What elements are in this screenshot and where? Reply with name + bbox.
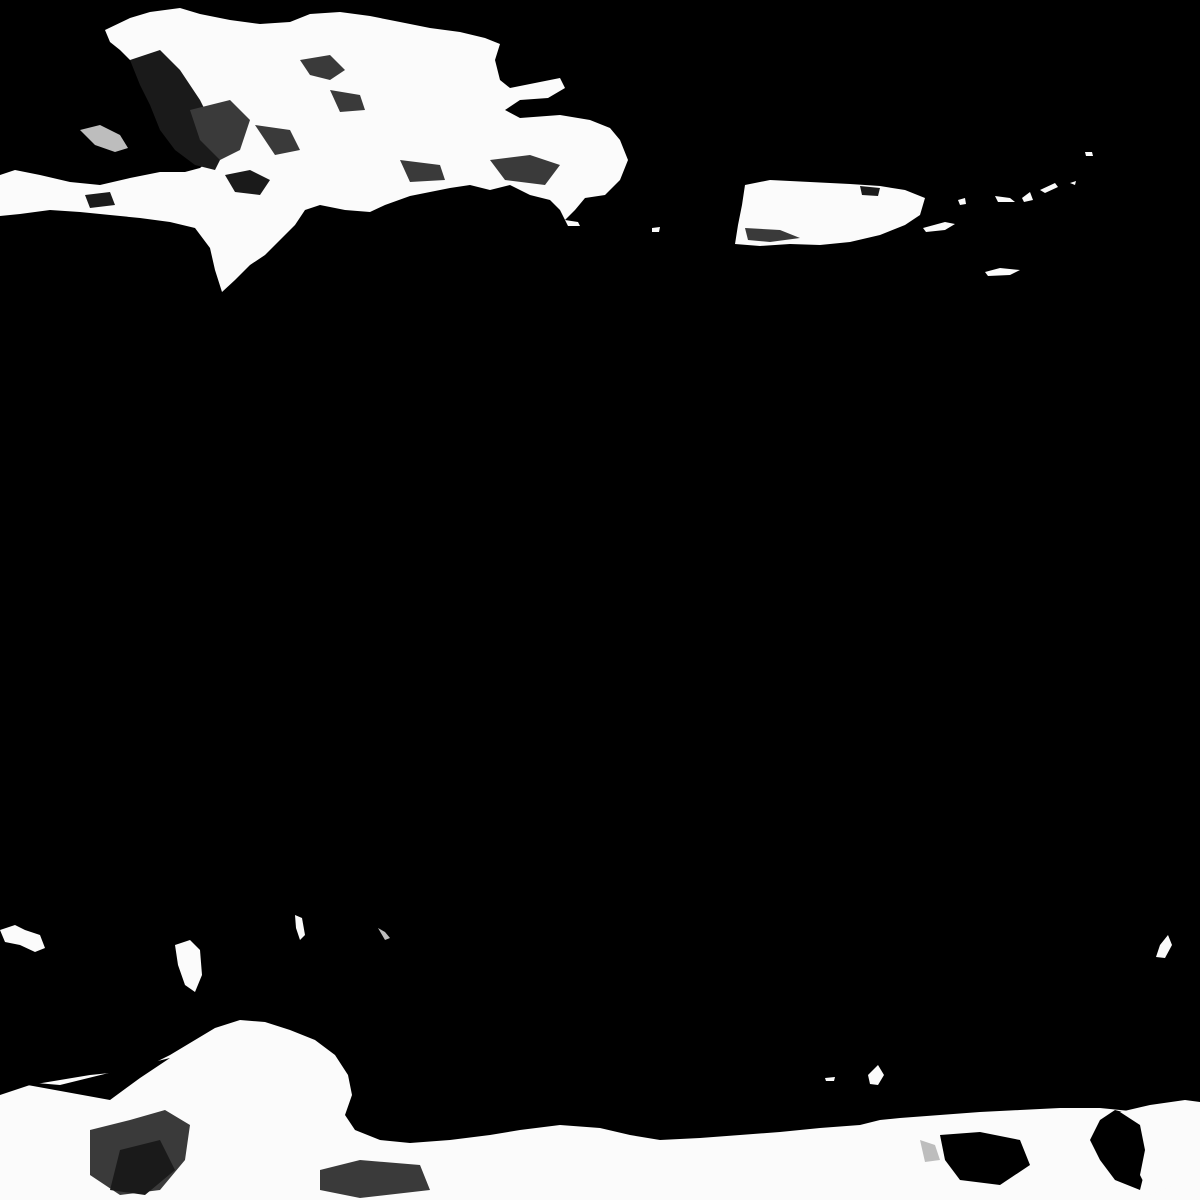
satellite-map[interactable] bbox=[0, 0, 1200, 1200]
map-canvas bbox=[0, 0, 1200, 1200]
